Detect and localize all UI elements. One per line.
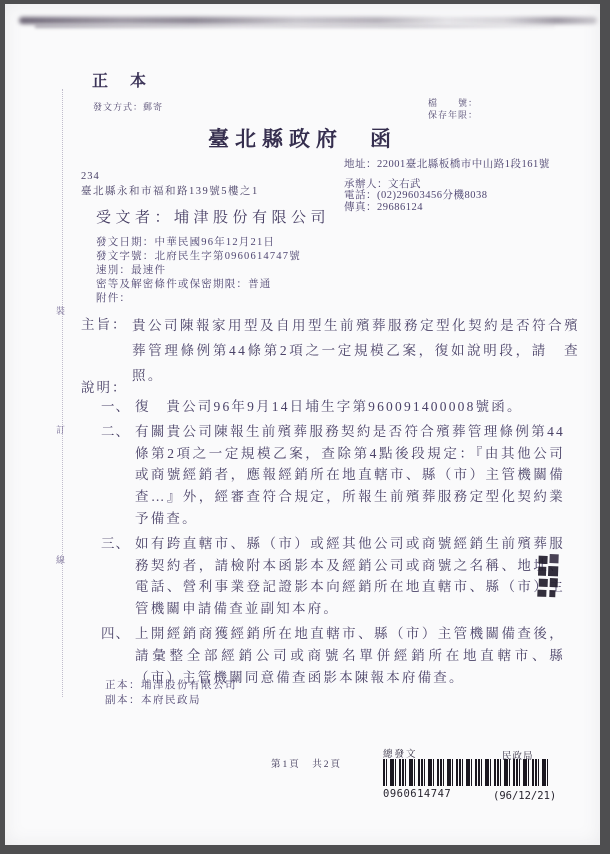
speed-level: 速別：最速件 — [96, 264, 301, 278]
copy-type-label: 正 本 — [92, 68, 155, 91]
item-text: 如有跨直轄市、縣（市）或經其他公司或商號經銷生前殯葬服務契約者，請檢附本函影本及… — [135, 533, 565, 620]
item-text: 復 貴公司96年9月14日埔生字第960091400008號函。 — [135, 396, 565, 418]
scan-smudge-secondary — [35, 25, 555, 28]
issue-date: 發文日期：中華民國96年12月21日 — [96, 236, 301, 250]
contact-phone: 電話：(02)29603456分機8038 — [344, 190, 550, 202]
document-title: 臺北縣政府 函 — [5, 123, 600, 153]
security-level: 密等及解密條件或保密期限：普通 — [96, 278, 301, 292]
list-item: 二、 有關貴公司陳報生前殯葬服務契約是否符合殯葬管理條例第44條第2項之一定規模… — [101, 421, 569, 530]
scanned-document-frame: 正 本 發文方式：郵寄 檔 號： 保存年限： 臺北縣政府 函 地址：22001臺… — [0, 0, 610, 854]
recipient-line: 受文者：埔津股份有限公司 — [96, 206, 330, 227]
original-copy-line: 正本：埔津股份有限公司 — [105, 679, 237, 694]
barcode-date: (96/12/21) — [493, 790, 556, 802]
scanned-page: 正 本 發文方式：郵寄 檔 號： 保存年限： 臺北縣政府 函 地址：22001臺… — [5, 4, 600, 845]
duplicate-copy-line: 副本：本府民政局 — [105, 694, 237, 709]
binding-mark-ding: 訂 — [56, 423, 65, 436]
description-items: 一、 復 貴公司96年9月14日埔生字第960091400008號函。 二、 有… — [101, 396, 569, 691]
agency-contact-block: 地址：22001臺北縣板橋市中山路1段161號 承辦人：文右武 電話：(02)2… — [344, 159, 550, 213]
retention-label: 保存年限： — [428, 108, 478, 121]
dispatch-stamp-label: 總發文 — [383, 746, 418, 760]
scan-smudge — [19, 17, 597, 24]
barcode — [383, 759, 551, 786]
item-text: 有關貴公司陳報生前殯葬服務契約是否符合殯葬管理條例第44條第2項之一定規模乙案，… — [135, 421, 565, 530]
distribution-block: 正本：埔津股份有限公司 副本：本府民政局 — [105, 679, 237, 708]
document-meta-block: 發文日期：中華民國96年12月21日 發文字號：北府民生字第0960614747… — [96, 236, 301, 306]
description-label: 說明： — [81, 376, 128, 396]
item-number: 二、 — [101, 421, 135, 530]
item-number: 三、 — [101, 533, 135, 620]
agency-address: 地址：22001臺北縣板橋市中山路1段161號 — [344, 159, 550, 171]
subject-text: 貴公司陳報家用型及自用型生前殯葬服務定型化契約是否符合殯葬管理條例第44條第2項… — [132, 313, 580, 388]
item-number: 一、 — [101, 396, 135, 418]
list-item: 三、 如有跨直轄市、縣（市）或經其他公司或商號經銷生前殯葬服務契約者，請檢附本函… — [101, 533, 569, 620]
doc-number: 發文字號：北府民生字第0960614747號 — [96, 250, 301, 264]
attachment-label: 附件： — [96, 292, 301, 306]
recipient-zip: 234 — [81, 171, 100, 182]
binding-mark-zhuang: 裝 — [56, 304, 65, 317]
binding-mark-xian: 線 — [56, 553, 65, 566]
list-item: 一、 復 貴公司96年9月14日埔生字第960091400008號函。 — [101, 396, 569, 418]
subject-block: 主旨： 貴公司陳報家用型及自用型生前殯葬服務定型化契約是否符合殯葬管理條例第44… — [81, 313, 586, 388]
delivery-method: 發文方式：郵寄 — [93, 100, 163, 113]
binding-line — [62, 89, 63, 697]
registration-stamp — [537, 554, 559, 598]
contact-person: 承辦人：文右武 — [344, 179, 550, 191]
page-number: 第1頁 共2頁 — [271, 756, 342, 770]
recipient-address: 臺北縣永和市福和路139號5樓之1 — [81, 183, 259, 198]
contact-fax: 傳真：29686124 — [344, 202, 550, 214]
barcode-number: 0960614747 — [383, 788, 451, 800]
